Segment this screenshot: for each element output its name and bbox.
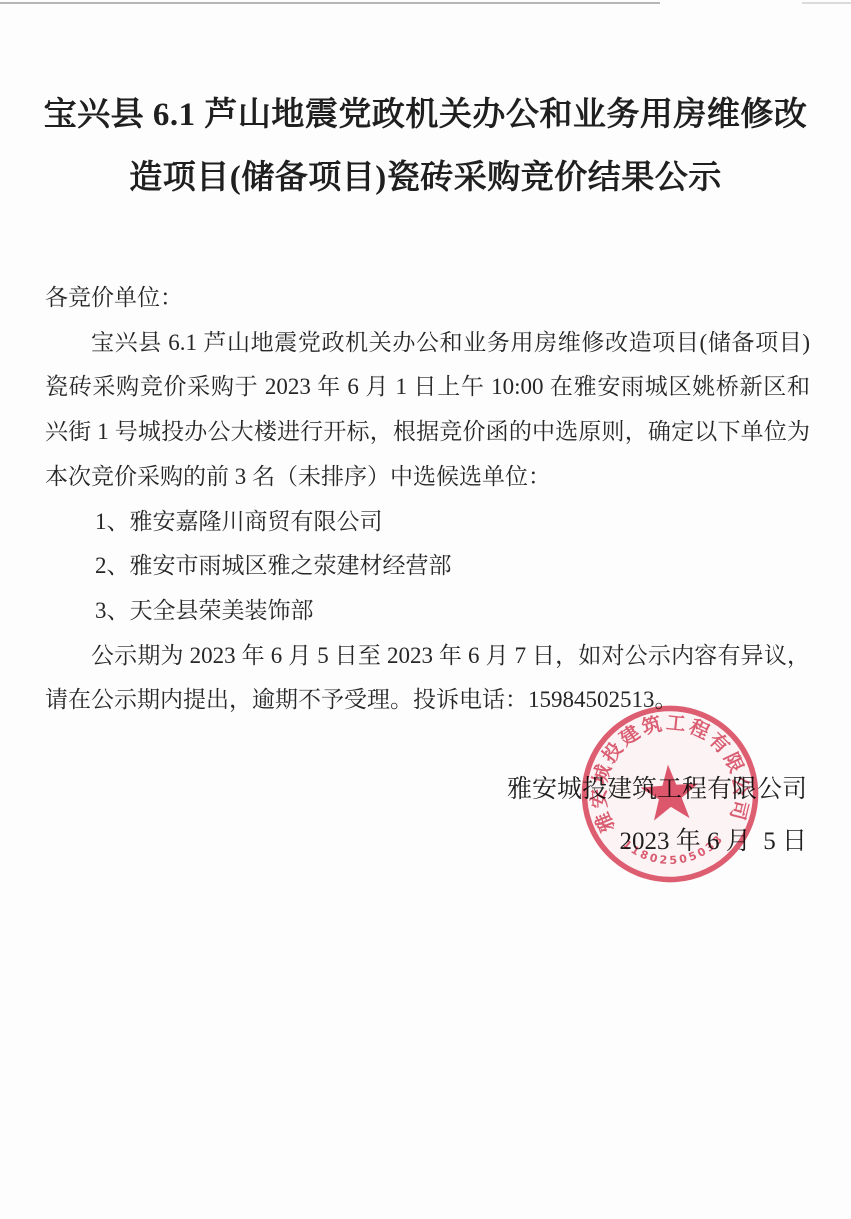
notice-page: 宝兴县 6.1 芦山地震党政机关办公和业务用房维修改 造项目(储备项目)瓷砖采购… xyxy=(0,0,851,1219)
notice-title-line-2: 造项目(储备项目)瓷砖采购竞价结果公示 xyxy=(38,147,813,210)
notice-body: 各竞价单位： 宝兴县 6.1 芦山地震党政机关办公和业务用房维修改造项目(储备项… xyxy=(45,276,810,723)
notice-title-line-1: 宝兴县 6.1 芦山地震党政机关办公和业务用房维修改 xyxy=(38,84,813,147)
notice-title: 宝兴县 6.1 芦山地震党政机关办公和业务用房维修改 造项目(储备项目)瓷砖采购… xyxy=(38,84,813,210)
signature-company: 雅安城投建筑工程有限公司 xyxy=(0,764,807,816)
scan-artifact-line-right xyxy=(802,2,851,4)
paragraph-publicity-period: 公示期为 2023 年 6 月 5 日至 2023 年 6 月 7 日，如对公示… xyxy=(45,634,810,723)
salutation: 各竞价单位： xyxy=(45,276,810,321)
signature-block: 雅安城投建筑工程有限公司 2023 年 6 月 5 日 xyxy=(0,764,807,868)
signature-date: 2023 年 6 月 5 日 xyxy=(0,816,807,868)
winner-item-3: 3、天全县荣美装饰部 xyxy=(45,589,810,634)
winner-item-2: 2、雅安市雨城区雅之荥建材经营部 xyxy=(45,544,810,589)
scan-artifact-line-left xyxy=(0,2,660,4)
winner-item-1: 1、雅安嘉隆川商贸有限公司 xyxy=(45,500,810,545)
paragraph-bid-opening: 宝兴县 6.1 芦山地震党政机关办公和业务用房维修改造项目(储备项目)瓷砖采购竞… xyxy=(45,321,810,500)
